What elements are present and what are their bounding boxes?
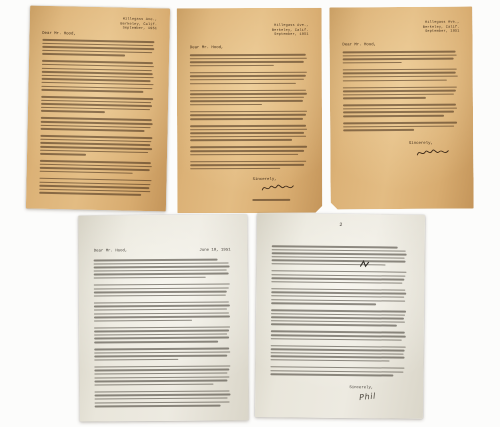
typed-text-line	[271, 299, 405, 302]
salutation: Dear Mr. Hood,	[42, 32, 76, 37]
typed-text-line	[95, 390, 230, 392]
typed-text-line	[343, 122, 457, 124]
typed-text-line	[94, 355, 227, 357]
typed-text-line	[94, 287, 229, 289]
typed-text-line	[343, 97, 426, 99]
typed-text-line	[343, 115, 444, 117]
page-number: 2	[257, 221, 425, 229]
typed-text-line	[94, 341, 217, 343]
typed-text-line	[271, 292, 406, 295]
typed-text-line	[271, 309, 406, 312]
return-address-block: Hillegass Ave.,Berkeley, Calif.September…	[423, 21, 460, 35]
typed-text-line	[190, 61, 304, 63]
typed-text-line	[271, 356, 405, 359]
typed-text-line	[272, 274, 406, 277]
typed-text-line	[190, 72, 307, 74]
cursive-signature	[416, 148, 450, 158]
return-address-block: Hillegass Ave.,Berkeley, Calif.September…	[120, 17, 157, 31]
typed-text-line	[343, 125, 455, 127]
salutation: Dear Mr. Hood,	[94, 249, 128, 253]
typed-text-line	[343, 104, 456, 106]
typed-text-line	[190, 146, 307, 148]
typed-text-line	[94, 259, 217, 261]
typed-text-line	[190, 114, 306, 116]
typed-text-line	[190, 100, 303, 102]
typed-body	[342, 51, 461, 134]
typed-text-line	[190, 57, 307, 59]
typed-text-line	[95, 405, 221, 407]
typed-text-line	[41, 64, 154, 68]
typed-text-line	[42, 39, 155, 43]
typed-text-line	[94, 269, 227, 271]
typed-text-line	[271, 277, 403, 280]
typed-name-line	[253, 199, 291, 201]
typed-text-line	[190, 139, 292, 141]
salutation: Dear Mr. Hood,	[342, 43, 376, 47]
letter-4-cream: Dear Mr. Hood,June 10, 1951	[78, 214, 248, 421]
handwritten-ink-mark	[361, 261, 370, 268]
typed-text-line	[190, 89, 306, 91]
typed-text-line	[190, 82, 296, 84]
letter-3-tan: Hillegass Ave.,Berkeley, Calif.September…	[329, 7, 473, 210]
typed-text-line	[94, 308, 227, 310]
closing-sincerely: Sincerely,	[409, 142, 433, 146]
typed-text-line	[94, 266, 230, 268]
date-line: June 10, 1951	[199, 249, 230, 253]
typed-text-line	[271, 334, 406, 337]
typed-text-line	[190, 128, 307, 130]
typed-text-line	[94, 312, 229, 314]
typed-text-line	[94, 277, 206, 279]
header-line: September, 1951	[120, 27, 157, 32]
closing-sincerely: Sincerely,	[253, 178, 277, 182]
typed-text-line	[343, 72, 456, 74]
typed-text-line	[95, 401, 230, 403]
typed-text-line	[42, 53, 126, 56]
typed-body	[190, 54, 311, 172]
typed-text-line	[190, 54, 306, 56]
header-line: September, 1951	[423, 30, 460, 35]
typed-text-line	[41, 82, 154, 86]
typed-text-line	[95, 383, 214, 385]
typed-text-line	[343, 129, 414, 131]
typed-text-line	[271, 331, 405, 334]
typed-text-line	[94, 291, 227, 293]
typed-text-line	[271, 302, 376, 305]
letters-photo-board: Hillegass Ave.,Berkeley, Calif.September…	[0, 0, 500, 427]
typed-text-line	[190, 97, 304, 99]
typed-text-line	[271, 348, 405, 351]
header-line: Hillegass Ave.,	[272, 24, 309, 29]
typed-text-line	[94, 337, 229, 339]
typed-text-line	[343, 58, 455, 60]
typed-text-line	[95, 380, 228, 382]
typed-text-line	[95, 365, 231, 367]
letter-2-tan: Hillegass Ave.,Berkeley, Calif.September…	[177, 8, 323, 214]
typed-text-line	[190, 93, 307, 95]
typed-text-line	[272, 245, 398, 248]
typed-text-line	[343, 62, 402, 64]
typed-text-line	[94, 330, 229, 332]
typed-text-line	[342, 51, 455, 53]
typed-text-line	[272, 260, 406, 263]
typed-text-line	[190, 153, 298, 155]
typed-text-line	[271, 317, 403, 320]
typed-text-line	[94, 359, 178, 361]
typed-body	[39, 39, 158, 198]
typed-text-line	[95, 373, 228, 375]
typed-text-line	[343, 86, 457, 88]
typed-text-line	[190, 75, 306, 77]
typed-text-line	[95, 369, 230, 371]
typed-text-line	[190, 160, 306, 162]
typed-text-line	[271, 281, 402, 284]
typed-text-line	[40, 121, 153, 125]
typed-text-line	[95, 376, 230, 378]
typed-text-line	[95, 394, 231, 396]
typed-text-line	[190, 118, 303, 120]
typed-text-line	[94, 301, 229, 303]
typed-text-line	[271, 324, 397, 327]
letter-5-cream: 2Sincerely,Phil	[255, 213, 425, 419]
typed-text-line	[190, 136, 306, 138]
return-address-block: Hillegass Ave.,Berkeley, Calif.September…	[272, 24, 309, 38]
typed-text-line	[271, 313, 405, 316]
typed-text-line	[94, 305, 230, 307]
typed-text-line	[190, 132, 304, 134]
typed-body	[94, 259, 235, 410]
typed-text-line	[343, 68, 457, 70]
typed-text-line	[271, 366, 405, 369]
typed-text-line	[39, 192, 141, 196]
typed-text-line	[190, 65, 274, 67]
typed-text-line	[190, 104, 262, 106]
typed-text-line	[95, 397, 228, 399]
typed-text-line	[190, 168, 280, 170]
typed-text-line	[94, 326, 230, 328]
typed-text-line	[94, 351, 230, 353]
typed-body	[270, 245, 411, 378]
typed-text-line	[94, 273, 229, 275]
typed-text-line	[271, 320, 405, 323]
typed-text-line	[343, 90, 456, 92]
header-line: September, 1951	[272, 33, 309, 38]
typed-text-line	[342, 54, 456, 56]
typed-text-line	[94, 262, 229, 264]
typed-text-line	[270, 373, 393, 376]
letter-1-tan: Hillegass Ave.,Berkeley, Calif.September…	[26, 6, 170, 212]
cursive-signature	[261, 183, 295, 193]
typed-text-line	[94, 316, 230, 318]
typed-text-line	[94, 294, 226, 296]
typed-text-line	[271, 370, 403, 373]
closing-sincerely: Sincerely,	[349, 386, 373, 390]
typed-text-line	[343, 79, 447, 81]
handwritten-signature: Phil	[359, 392, 377, 403]
typed-text-line	[94, 283, 230, 285]
salutation: Dear Mr. Hood,	[190, 46, 224, 50]
typed-text-line	[343, 93, 455, 95]
typed-text-line	[190, 125, 306, 127]
typed-text-line	[94, 333, 227, 335]
typed-text-line	[41, 110, 105, 113]
typed-text-line	[271, 338, 402, 341]
typed-text-line	[190, 150, 304, 152]
typed-text-line	[271, 359, 390, 362]
typed-text-line	[40, 153, 87, 155]
typed-text-line	[272, 252, 407, 255]
typed-text-line	[271, 352, 403, 355]
typed-text-line	[40, 146, 153, 150]
typed-text-line	[272, 249, 406, 252]
typed-text-line	[190, 164, 304, 166]
typed-text-line	[190, 111, 307, 113]
typed-text-line	[272, 256, 404, 259]
typed-text-line	[272, 270, 407, 273]
typed-text-line	[94, 348, 229, 350]
typed-text-line	[190, 79, 304, 81]
typed-text-line	[271, 295, 403, 298]
typed-text-line	[343, 111, 455, 113]
typed-text-line	[343, 76, 458, 78]
typed-text-line	[94, 319, 192, 321]
typed-text-line	[343, 108, 457, 110]
